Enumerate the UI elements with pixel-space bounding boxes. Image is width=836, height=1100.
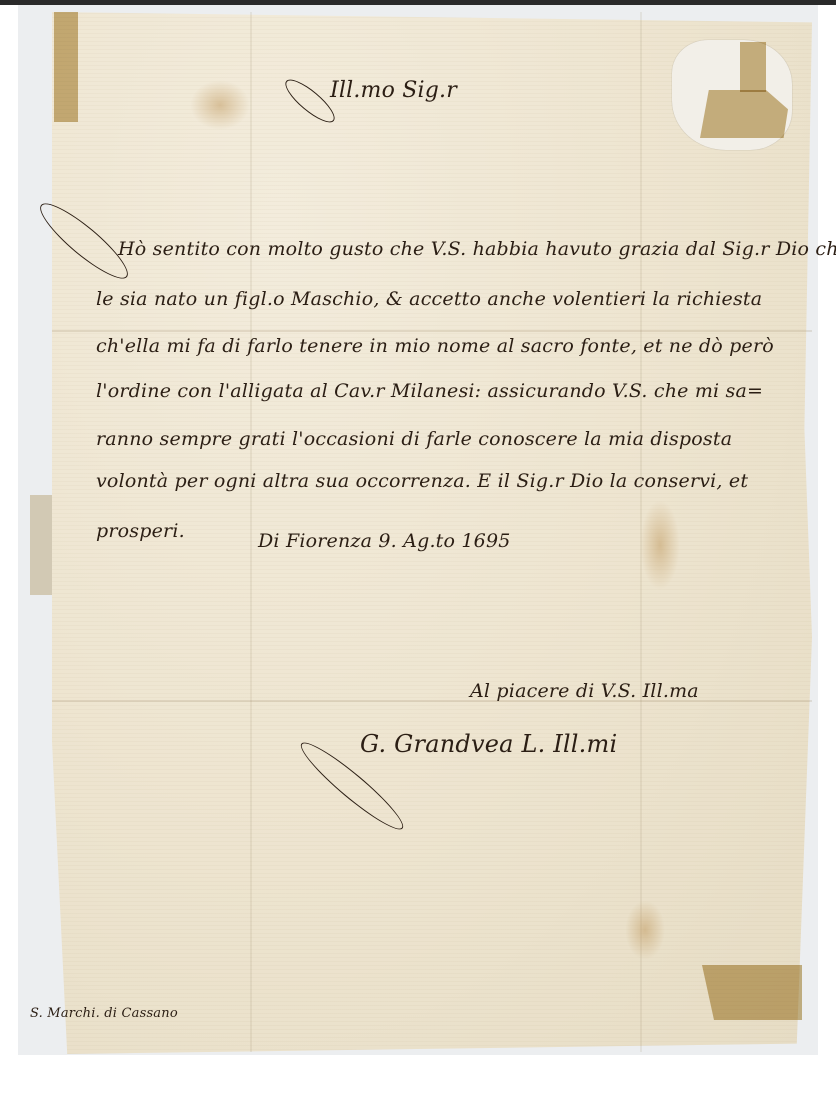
date-line: Di Fiorenza 9. Ag.to 1695 xyxy=(258,530,511,552)
letter-body-line: l'ordine con l'alligata al Cav.r Milanes… xyxy=(96,380,763,402)
tape-top-right-small xyxy=(740,42,766,92)
closing-line: Al piacere di V.S. Ill.ma xyxy=(470,680,699,702)
tape-strip-top-left xyxy=(54,12,78,122)
letter-body-line: Hò sentito con molto gusto che V.S. habb… xyxy=(118,238,836,260)
letter-body-line: ranno sempre grati l'occasioni di farle … xyxy=(96,428,732,450)
letter-body-line: ch'ella mi fa di farlo tenere in mio nom… xyxy=(96,335,774,357)
fold-line xyxy=(250,12,252,1052)
water-stain xyxy=(625,900,665,960)
fold-line xyxy=(52,330,812,332)
water-stain xyxy=(640,500,680,590)
letter-body-line: prosperi. xyxy=(96,520,185,542)
letter-body-line: volontà per ogni altra sua occorrenza. E… xyxy=(96,470,748,492)
tape-bottom-right xyxy=(702,965,802,1020)
water-stain xyxy=(190,80,250,130)
tape-strip-left xyxy=(30,495,52,595)
signature: G. Grandvea L. Ill.mi xyxy=(360,730,617,758)
salutation: Ill.mo Sig.r xyxy=(330,78,457,103)
address-line: S. Marchi. di Cassano xyxy=(30,1006,178,1021)
letter-body-line: le sia nato un figl.o Maschio, & accetto… xyxy=(96,288,762,310)
